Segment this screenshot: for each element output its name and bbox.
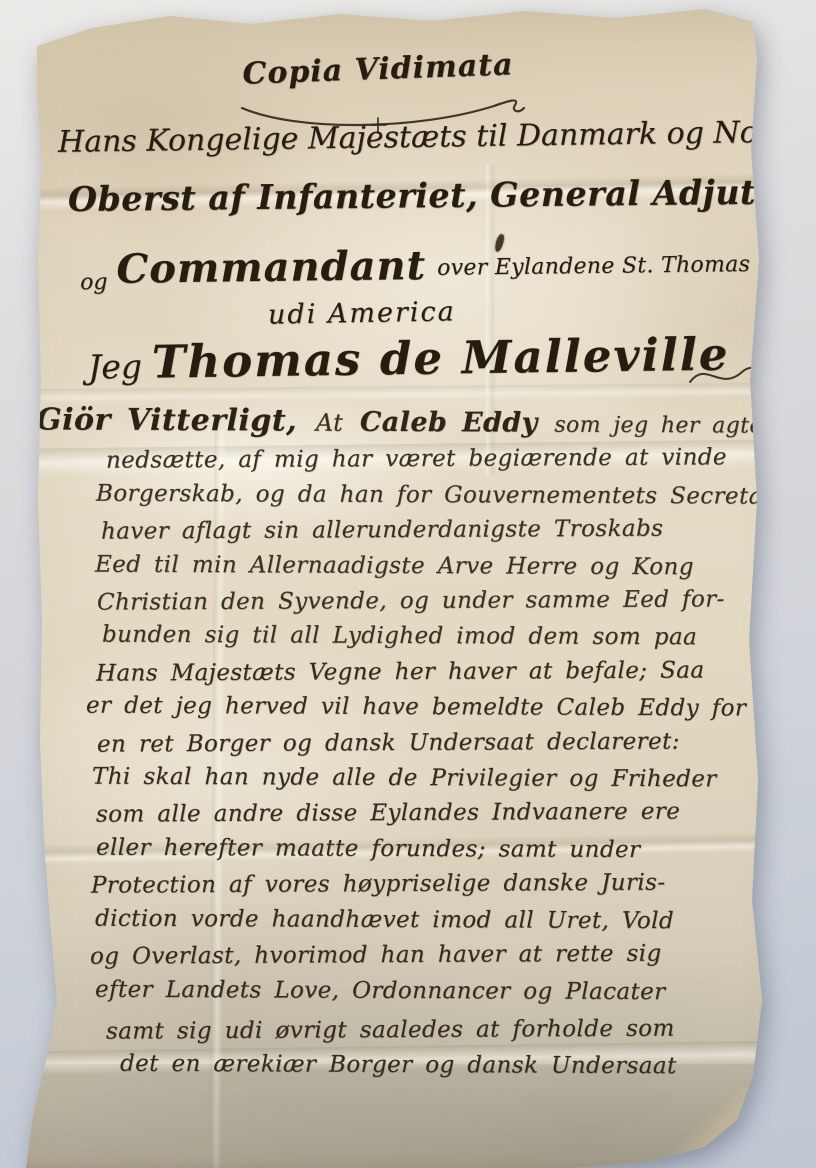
heading-territories: over Eylandene St. Thomas og St. Jan [437, 251, 816, 281]
royal-heading-line1: Hans Kongelige Majestæts til Danmark og … [58, 115, 758, 160]
body-line: som alle andre disse Eylandes Indvaanere… [0, 794, 816, 834]
issuer-name: Thomas de Malleville [152, 328, 730, 389]
body-line: diction vorde haandhævet imod all Uret, … [0, 901, 816, 940]
body-line: en ret Borger og dansk Undersaat declare… [0, 724, 816, 764]
folded-corner [670, 1088, 766, 1162]
royal-heading-line2: Oberst af Infanteriet, General Adjutant [68, 173, 754, 220]
body-line: haver aflagt sin allerunderdanigste Tros… [0, 511, 816, 551]
opening-phrase: Giör Vitterligt, [36, 402, 297, 438]
heading-line-america: udi America [268, 296, 456, 330]
body-line: efter Landets Love, Ordonnancer og Placa… [0, 972, 816, 1011]
body-line: det en ærekiær Borger og dansk Undersaat [0, 1047, 816, 1086]
issuer-prefix: Jeg [88, 347, 142, 387]
paper-wrap: Copia Vidimata Hans Kongelige Majestæts … [0, 0, 816, 1168]
pen-mark [394, 0, 464, 20]
document-body: Giör Vitterligt, At Caleb Eddy som jeg h… [0, 404, 816, 1084]
body-line: Protection af vores høypriselige danske … [0, 865, 816, 905]
opening-mid: At [316, 409, 343, 437]
body-line: eller herefter maatte forundes; samt und… [0, 830, 816, 869]
body-line: samt sig udi øvrigt saaledes at forholde… [0, 1011, 816, 1051]
body-line: nedsætte, af mig har været begiærende at… [0, 440, 816, 480]
body-line: Eed til min Allernaadigste Arve Herre og… [0, 547, 816, 586]
name-flourish [686, 354, 772, 398]
body-line: Borgerskab, og da han for Gouvernementet… [0, 476, 816, 515]
body-line: Thi skal han nyde alle de Privilegier og… [0, 759, 816, 798]
body-line-opening: Giör Vitterligt, At Caleb Eddy som jeg h… [0, 402, 816, 444]
heading-og: og [80, 270, 108, 295]
document-paper: Copia Vidimata Hans Kongelige Majestæts … [0, 0, 816, 1168]
body-line: Hans Majestæts Vegne her haver at befale… [0, 653, 816, 693]
citizen-name: Caleb Eddy [360, 407, 538, 439]
opening-rest: som jeg her agter at [554, 413, 809, 439]
body-line: Christian den Syvende, og under samme Ee… [0, 582, 816, 622]
body-line: er det jeg herved vil have bemeldte Cale… [0, 688, 816, 727]
body-line: bunden sig til all Lydighed imod dem som… [0, 618, 816, 657]
heading-commandant: Commandant [116, 242, 426, 293]
issuer-line: JegThomas de Malleville [88, 328, 730, 390]
royal-heading-line3: og Commandant over Eylandene St. Thomas … [80, 238, 771, 295]
body-line: og Overlast, hvorimod han haver at rette… [0, 936, 816, 976]
document-type-label: Copia Vidimata [227, 47, 528, 92]
